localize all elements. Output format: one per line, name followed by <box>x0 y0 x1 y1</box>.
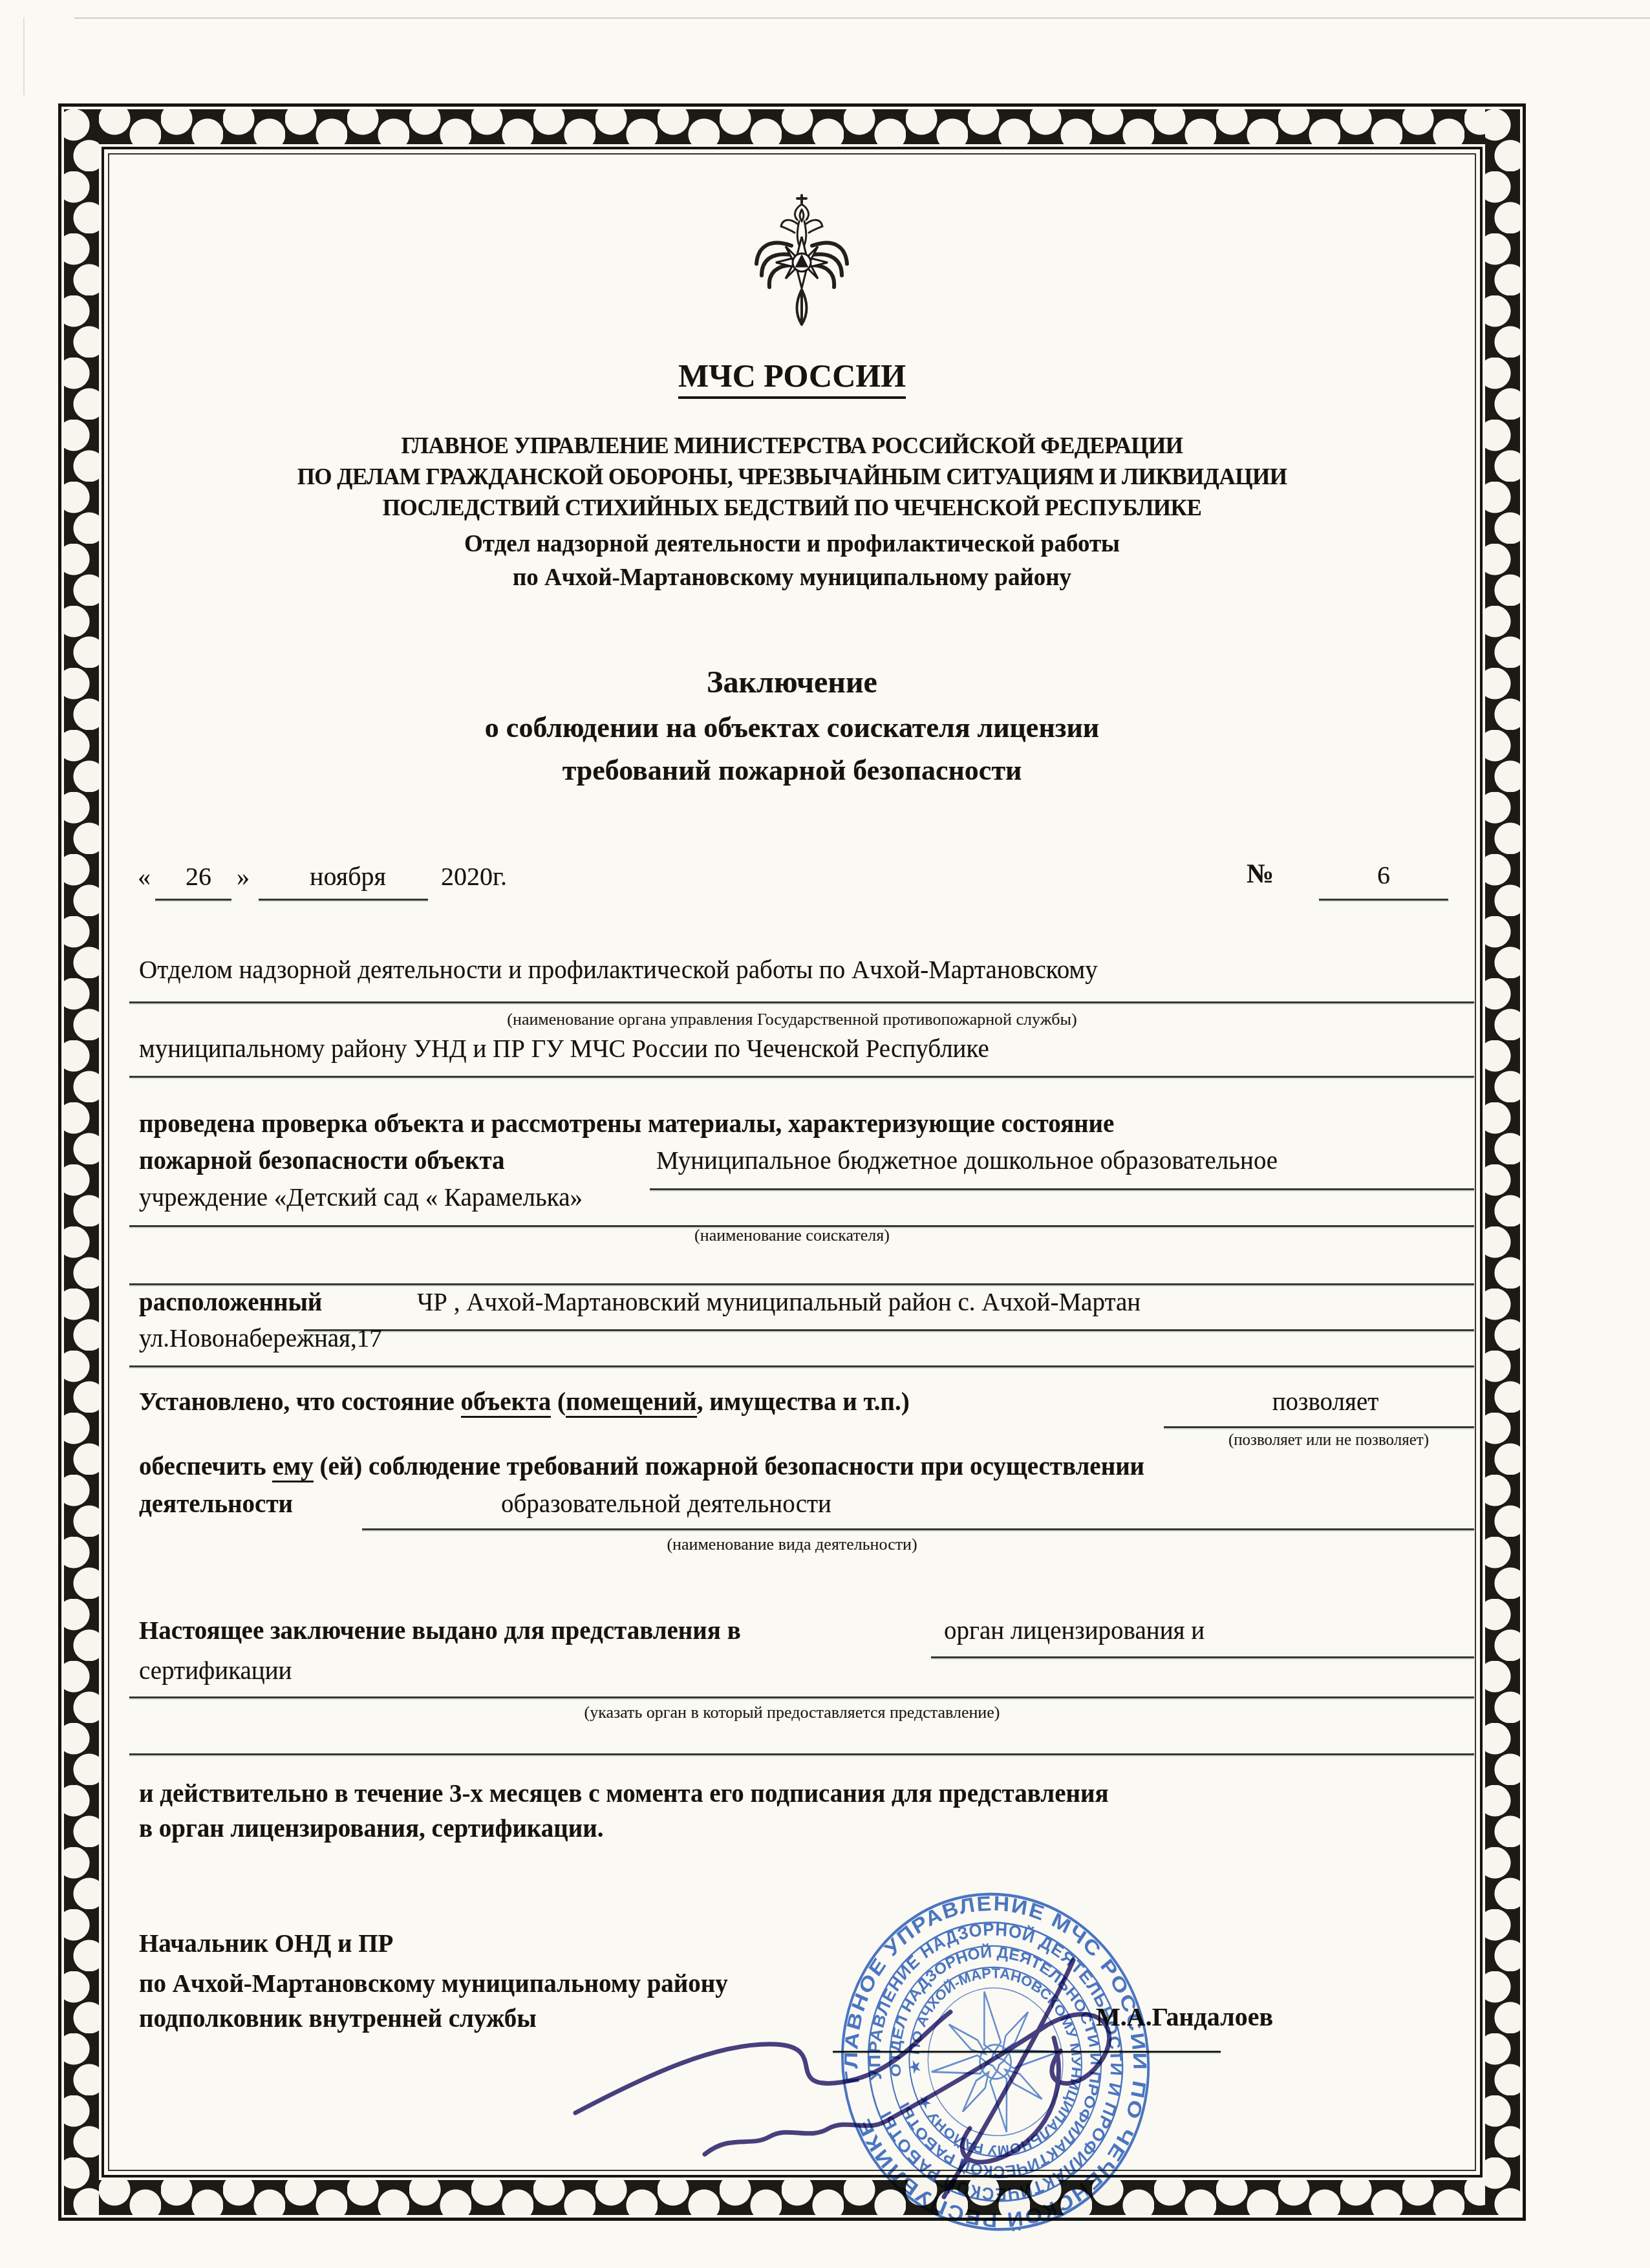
established-line: Установлено, что состояние объекта (поме… <box>139 1387 910 1417</box>
located-fill-line-2: ул.Новонабережная,17 <box>139 1324 382 1353</box>
located-label: расположенный <box>139 1288 322 1317</box>
allows-caption: (позволяет или не позволяет) <box>1170 1431 1487 1450</box>
agency-title-text: МЧС РОССИИ <box>678 358 906 399</box>
department-line-1: Отдел надзорной деятельности и профилакт… <box>58 530 1526 558</box>
issued-caption: (указать орган в который предоставляется… <box>58 1703 1526 1722</box>
header-line-2: ПО ДЕЛАМ ГРАЖДАНСКОЙ ОБОРОНЫ, ЧРЕЗВЫЧАЙН… <box>58 464 1526 490</box>
ensure-word-emu: ему <box>272 1453 313 1482</box>
ensure-text-start: обеспечить <box>139 1453 272 1481</box>
doc-title-line-2: о соблюдении на объектах соискателя лице… <box>58 711 1526 744</box>
ensure-line: обеспечить ему (ей) соблюдение требовани… <box>139 1452 1144 1481</box>
date-day: 26 <box>169 861 228 892</box>
activity-label: деятельности <box>139 1490 293 1519</box>
number-underline <box>1319 899 1448 901</box>
date-year: 2020г. <box>441 861 507 892</box>
signer-position-line-1: Начальник ОНД и ПР <box>139 1929 393 1958</box>
date-day-underline <box>155 899 231 901</box>
established-text-mid: ( <box>551 1388 566 1416</box>
ensure-text-end: (ей) соблюдение требований пожарной безо… <box>314 1453 1144 1481</box>
applicant-fill-line-1: Муниципальное бюджетное дошкольное образ… <box>656 1146 1278 1175</box>
issued-fill-line-2: сертификации <box>139 1656 292 1685</box>
scanned-document-page: МЧС РОССИИ ГЛАВНОЕ УПРАВЛЕНИЕ МИНИСТЕРСТ… <box>0 0 1650 2268</box>
border-wave-band-left <box>64 109 99 2215</box>
validity-line-1: и действительно в течение 3-х месяцев с … <box>139 1779 1108 1808</box>
applicant-fill-line-2: учреждение «Детский сад « Карамелька» <box>139 1183 583 1212</box>
header-line-1: ГЛАВНОЕ УПРАВЛЕНИЕ МИНИСТЕРСТВА РОССИЙСК… <box>58 433 1526 459</box>
located-underline-1 <box>304 1329 1474 1331</box>
number-value: 6 <box>1319 860 1448 890</box>
scan-edge-artifact <box>74 17 1650 19</box>
issued-underline-1 <box>931 1656 1474 1658</box>
established-word-premises: помещений <box>566 1388 697 1418</box>
agency-title: МЧС РОССИИ <box>58 357 1526 394</box>
issuer-caption: (наименование органа управления Государс… <box>58 1010 1526 1029</box>
doc-title-line-3: требований пожарной безопасности <box>58 754 1526 787</box>
scan-edge-artifact <box>23 17 25 95</box>
issuer-underline-2 <box>129 1076 1474 1078</box>
applicant-caption: (наименование соискателя) <box>58 1226 1526 1245</box>
activity-caption: (наименование вида деятельности) <box>58 1535 1526 1554</box>
handwritten-signature <box>556 1940 1151 2221</box>
object-label: пожарной безопасности объекта <box>139 1146 505 1175</box>
date-month: ноября <box>272 861 424 892</box>
blank-rule-1 <box>129 1283 1474 1285</box>
located-underline-2 <box>129 1365 1474 1367</box>
established-word-object: объекта <box>461 1388 552 1418</box>
issuer-fill-line-2: муниципальному району УНД и ПР ГУ МЧС Ро… <box>139 1034 989 1064</box>
activity-underline <box>362 1528 1474 1530</box>
doc-title-line-1: Заключение <box>58 665 1526 700</box>
border-wave-band-right <box>1485 109 1520 2215</box>
located-fill-line-1: ЧР , Ачхой-Мартановский муниципальный ра… <box>417 1288 1141 1317</box>
date-close-quote: » <box>237 861 250 892</box>
issued-label: Настоящее заключение выдано для представ… <box>139 1616 741 1645</box>
issuer-underline-1 <box>129 1001 1474 1003</box>
blank-rule-2 <box>129 1753 1474 1755</box>
border-wave-band-top <box>99 109 1485 144</box>
issued-underline-2 <box>129 1696 1474 1698</box>
date-open-quote: « <box>138 861 151 892</box>
allows-underline <box>1164 1426 1474 1428</box>
allows-fill: позволяет <box>1164 1387 1487 1417</box>
validity-line-2: в орган лицензирования, сертификации. <box>139 1814 603 1843</box>
issued-fill-line-1: орган лицензирования и <box>944 1616 1205 1645</box>
established-text-start: Установлено, что состояние <box>139 1388 461 1416</box>
applicant-underline-1 <box>650 1188 1474 1190</box>
header-line-3: ПОСЛЕДСТВИЙ СТИХИЙНЫХ БЕДСТВИЙ ПО ЧЕЧЕНС… <box>58 495 1526 521</box>
signer-position-line-3: подполковник внутренней службы <box>139 2004 537 2033</box>
established-text-end: , имущества и т.п.) <box>697 1388 910 1416</box>
mchs-double-headed-eagle-emblem-icon <box>750 193 853 330</box>
date-month-underline <box>259 899 428 901</box>
number-sign: № <box>1247 859 1274 890</box>
issuer-fill-line-1: Отделом надзорной деятельности и профила… <box>139 956 1098 985</box>
activity-fill: образовательной деятельности <box>501 1490 831 1519</box>
inspection-line: проведена проверка объекта и рассмотрены… <box>139 1109 1114 1139</box>
department-line-2: по Ачхой-Мартановскому муниципальному ра… <box>58 564 1526 592</box>
